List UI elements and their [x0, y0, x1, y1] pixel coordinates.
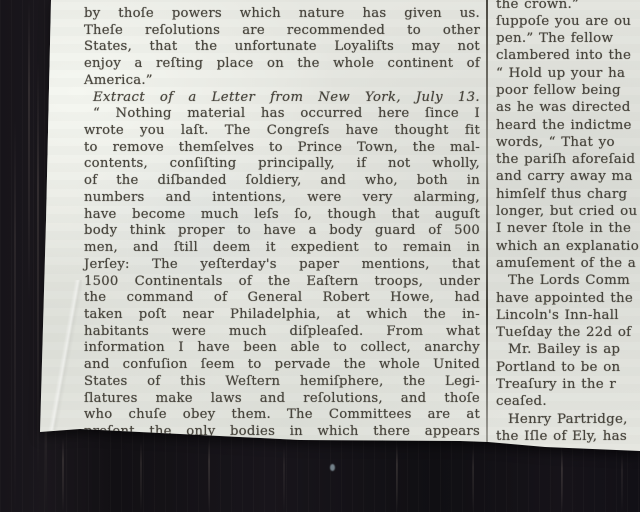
newspaper-page: by thoſe powers which nature has given u…	[0, 0, 640, 512]
text-line: Henry Partridge,	[496, 411, 640, 428]
text-line: as he was directed	[496, 99, 640, 116]
text-line: longer, but cried ou	[496, 203, 640, 220]
text-line: information I have been able to collect,…	[84, 340, 480, 357]
text-line: taken poſt near Philadelphia, at which t…	[84, 307, 480, 324]
text-line: himſelf thus charg	[496, 186, 640, 203]
text-line: States, that the unfortunate Loyaliſts m…	[84, 39, 480, 56]
right-text-column: the crown.”ſuppoſe you are oupen.” The f…	[496, 0, 640, 448]
text-line: The Lords Comm	[496, 272, 640, 289]
text-line: numbers and intentions, were very alarmi…	[84, 190, 480, 207]
text-line: have appointed the	[496, 290, 640, 307]
newspaper-photo: by thoſe powers which nature has given u…	[0, 0, 640, 512]
text-line: who chuſe obey them. The Committees are …	[84, 407, 480, 424]
text-line: which an explanatio	[496, 238, 640, 255]
text-line: the crown.”	[496, 0, 640, 13]
text-line: Extract of a Letter from New York, July …	[84, 90, 480, 107]
text-line: “ Nothing material has occurred here ſin…	[84, 106, 480, 123]
text-line: enjoy a reſting place on the whole conti…	[84, 56, 480, 73]
text-line: ceaſed.	[496, 393, 640, 410]
text-line: 1500 Continentals of the Eaſtern troops,…	[84, 274, 480, 291]
column-divider-rule	[486, 0, 488, 444]
text-line: ſlatures make laws and reſolutions, and …	[84, 391, 480, 408]
text-line: have become much leſs ſo, though that au…	[84, 207, 480, 224]
text-line: States of this Weſtern hemiſphere, the L…	[84, 374, 480, 391]
text-line: Theſe reſolutions are recommended to oth…	[84, 23, 480, 40]
text-line: the command of General Robert Howe, had	[84, 290, 480, 307]
text-line: heard the indictme	[496, 117, 640, 134]
paper-crease	[48, 280, 82, 430]
main-text-column: by thoſe powers which nature has given u…	[84, 6, 480, 441]
text-line: to remove themſelves to Prince Town, the…	[84, 140, 480, 157]
text-line: America.”	[84, 73, 480, 90]
text-line: Lincoln's Inn-hall	[496, 307, 640, 324]
text-line: contents, conſiſting principally, if not…	[84, 156, 480, 173]
text-line: by thoſe powers which nature has given u…	[84, 6, 480, 23]
text-line: “ Hold up your ha	[496, 65, 640, 82]
text-line: and carry away ma	[496, 168, 640, 185]
text-line: ſuppoſe you are ou	[496, 13, 640, 30]
text-line: preſent the only bodies in which there a…	[84, 424, 480, 441]
text-line: men, and ſtill deem it expedient to rema…	[84, 240, 480, 257]
text-line: of the diſbanded ſoldiery, and who, both…	[84, 173, 480, 190]
text-line: pen.” The fellow	[496, 30, 640, 47]
text-line: the pariſh aforeſaid	[496, 151, 640, 168]
text-line: clambered into the	[496, 47, 640, 64]
text-line: habitants were much diſpleaſed. From wha…	[84, 324, 480, 341]
text-line: and confuſion ſeem to pervade the whole …	[84, 357, 480, 374]
text-line: Portland to be on	[496, 359, 640, 376]
text-line: words, “ That yo	[496, 134, 640, 151]
text-line: the Iſle of Ely, has	[496, 428, 640, 445]
text-line: poor fellow being	[496, 82, 640, 99]
text-line: Tueſday the 22d of	[496, 324, 640, 341]
text-line: Mr. Bailey is ap	[496, 341, 640, 358]
text-line: Treaſury in the r	[496, 376, 640, 393]
text-line: amuſement of the a	[496, 255, 640, 272]
text-line: Jerſey: The yeſterday's paper mentions, …	[84, 257, 480, 274]
text-line: I never ſtole in the	[496, 220, 640, 237]
text-line: wrote you laſt. The Congreſs have though…	[84, 123, 480, 140]
text-line: body think proper to have a body guard o…	[84, 223, 480, 240]
